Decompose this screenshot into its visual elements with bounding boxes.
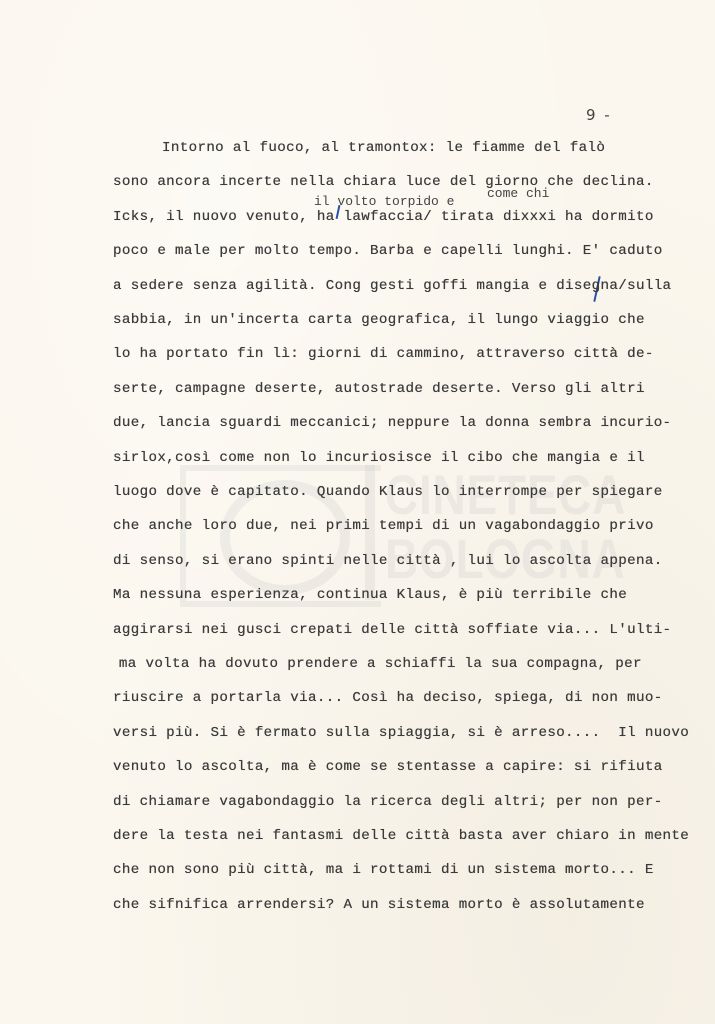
typed-line: dere la testa nei fantasmi delle città b…	[113, 828, 689, 844]
typed-line: sono ancora incerte nella chiara luce de…	[113, 174, 654, 190]
typed-line: che anche loro due, nei primi tempi di u…	[113, 518, 654, 534]
handwritten-insertion-left: il volto torpido e	[314, 194, 454, 209]
typed-line: Ma nessuna esperienza, continua Klaus, è…	[113, 587, 627, 603]
typed-line: che non sono più città, ma i rottami di …	[113, 862, 654, 878]
typed-line: serte, campagne deserte, autostrade dese…	[113, 381, 645, 397]
typed-line: venuto lo ascolta, ma è come se stentass…	[113, 759, 663, 775]
typed-line: Icks, il nuovo venuto, ha lawfaccia/ tir…	[113, 209, 654, 225]
typed-line: di chiamare vagabondaggio la ricerca deg…	[113, 794, 663, 810]
typed-line: che sifnifica arrendersi? A un sistema m…	[113, 897, 645, 913]
typed-line: luogo dove è capitato. Quando Klaus lo i…	[113, 484, 663, 500]
typed-line: sabbia, in un'incerta carta geografica, …	[113, 312, 645, 328]
typed-line: riuscire a portarla via... Così ha decis…	[113, 690, 663, 706]
typed-line: di senso, si erano spinti nelle città , …	[113, 553, 663, 569]
typed-line: Intorno al fuoco, al tramontox: le fiamm…	[162, 140, 605, 156]
typed-line: sirlox,così come non lo incuriosisce il …	[113, 450, 645, 466]
typed-line: poco e male per molto tempo. Barba e cap…	[113, 243, 663, 259]
typed-line: lo ha portato fin lì: giorni di cammino,…	[113, 346, 654, 362]
typed-line: ma volta ha dovuto prendere a schiaffi l…	[110, 656, 642, 672]
typed-line: due, lancia sguardi meccanici; neppure l…	[113, 415, 671, 431]
typed-line: aggirarsi nei gusci crepati delle città …	[113, 622, 671, 638]
typed-line: versi più. Si è fermato sulla spiaggia, …	[113, 725, 689, 741]
typed-line: a sedere senza agilità. Cong gesti goffi…	[113, 278, 671, 294]
page-number: 9 -	[586, 106, 612, 124]
